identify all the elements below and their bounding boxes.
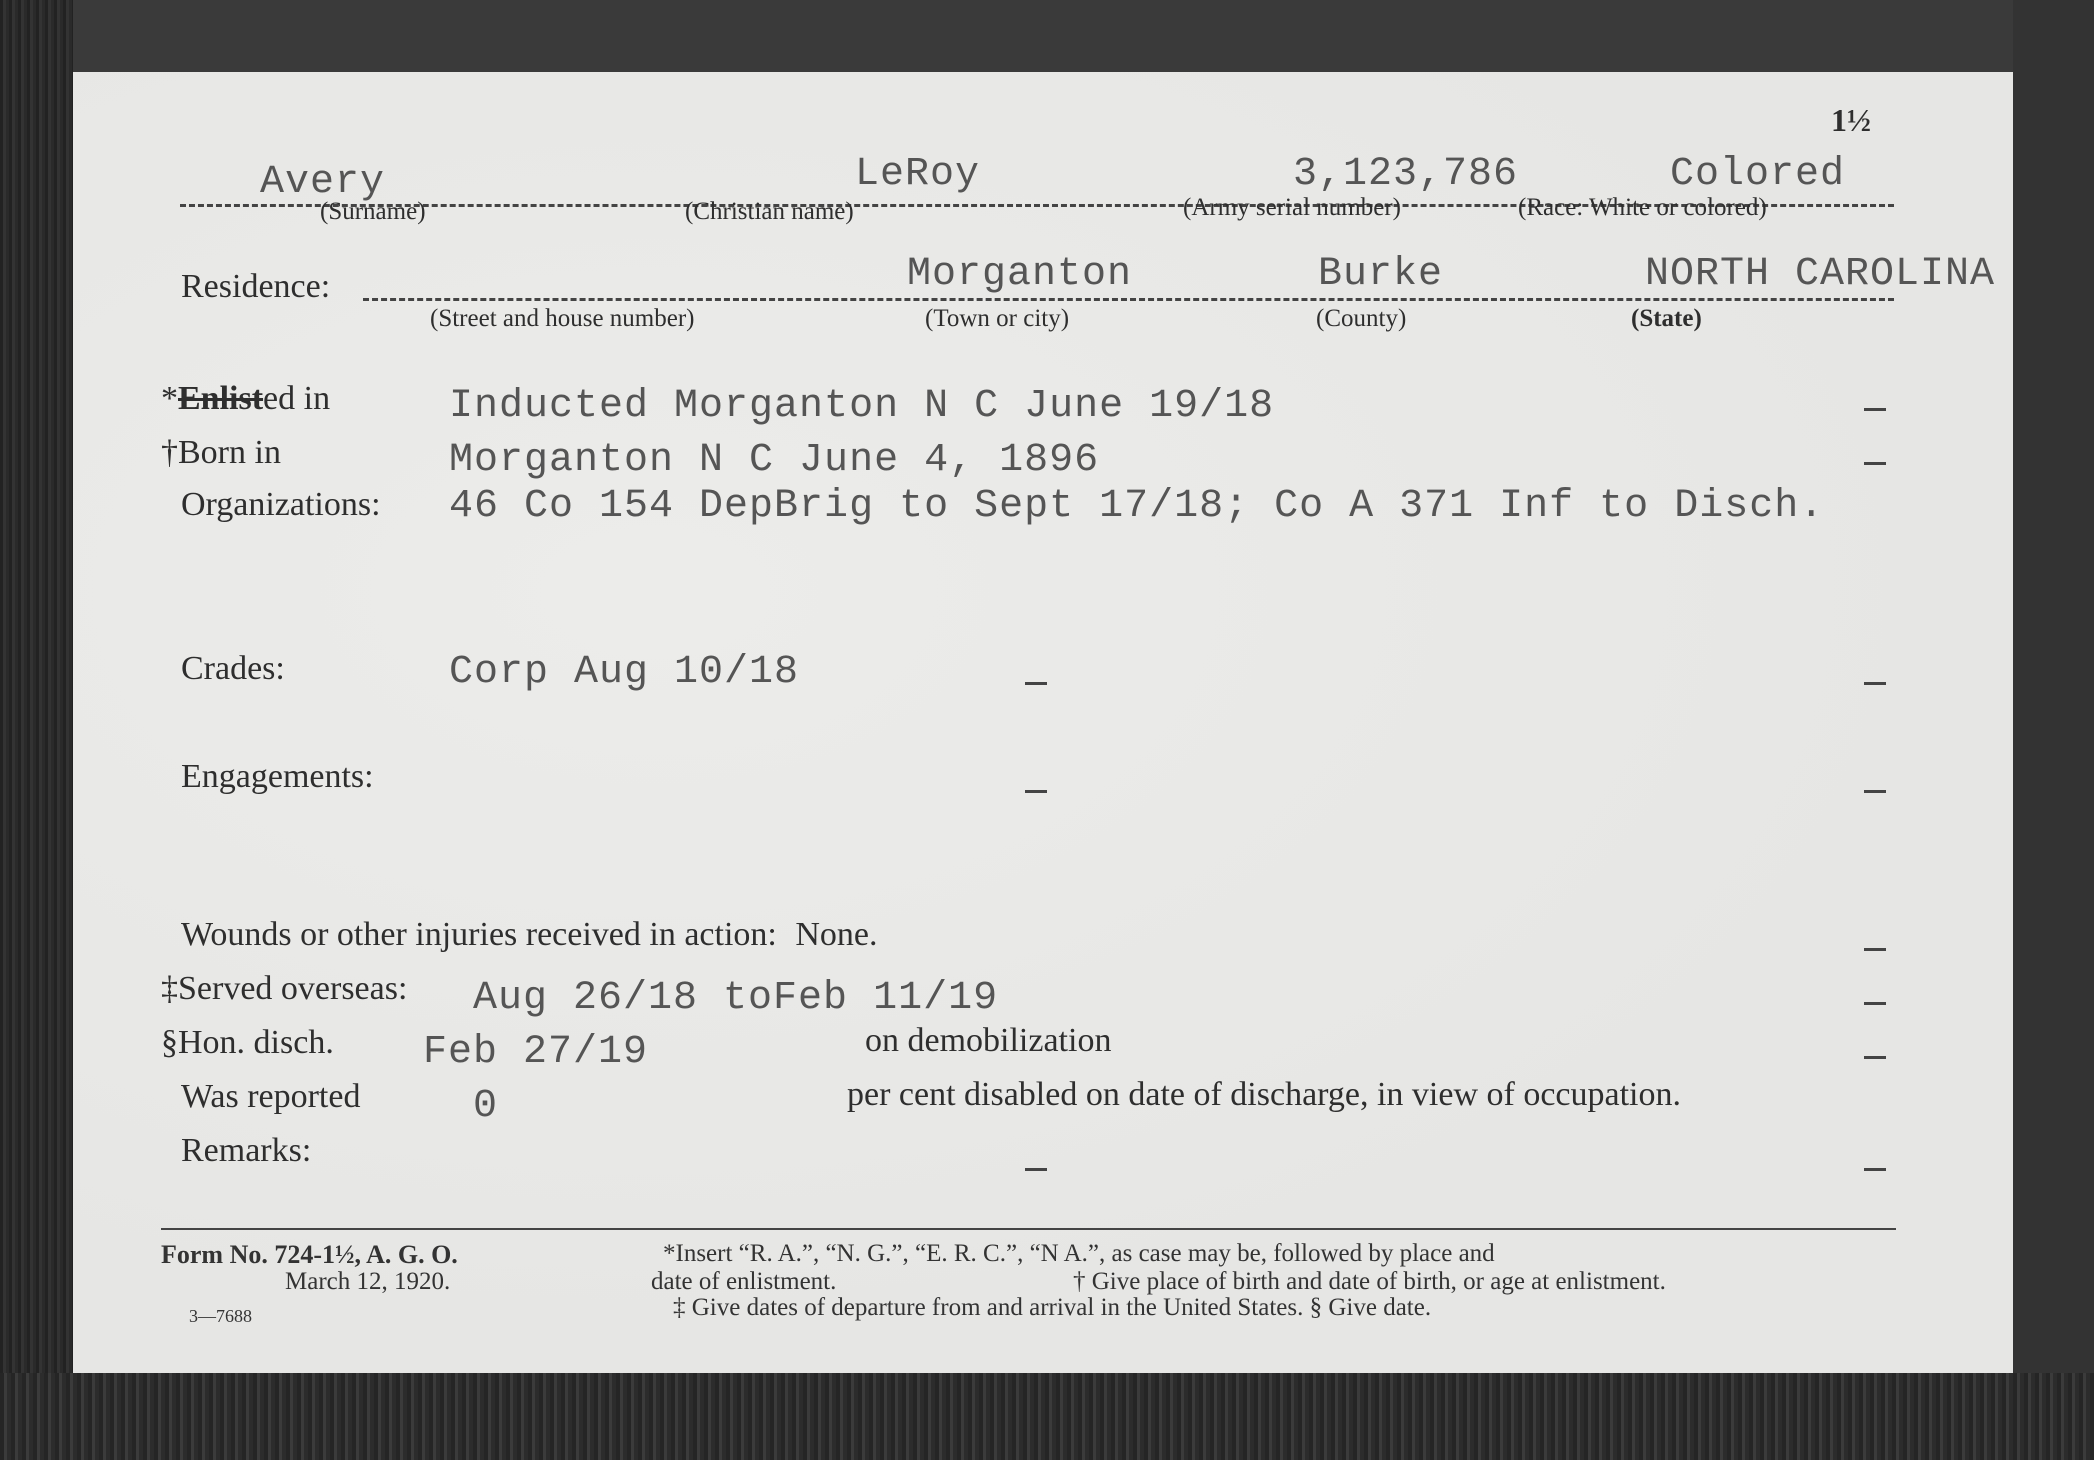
residence-dashed-line bbox=[363, 298, 1894, 301]
born-value: Morganton N C June 4, 1896 bbox=[449, 438, 1099, 483]
background-bottom bbox=[0, 1373, 2094, 1460]
hon-disch-prefix: § bbox=[161, 1024, 178, 1061]
dash-mark bbox=[1864, 1056, 1886, 1059]
grades-label: Crades: bbox=[181, 650, 285, 688]
wounds-label-text: Wounds or other injuries received in act… bbox=[181, 916, 777, 953]
born-label: †Born in bbox=[161, 434, 281, 472]
served-overseas-label-text: Served overseas: bbox=[178, 970, 407, 1007]
remarks-label: Remarks: bbox=[181, 1132, 311, 1170]
race-label: (Race: White or colored) bbox=[1518, 194, 1767, 222]
footnote-overseas: ‡ Give dates of departure from and arriv… bbox=[673, 1294, 1431, 1322]
enlisted-label: *Enlisted in bbox=[161, 380, 330, 418]
footer-rule bbox=[161, 1228, 1896, 1230]
enlisted-value: Inducted Morganton N C June 19/18 bbox=[449, 384, 1274, 429]
surname-label: (Surname) bbox=[320, 198, 426, 226]
serial-number-value: 3,123,786 bbox=[1293, 152, 1518, 197]
organizations-value: 46 Co 154 DepBrig to Sept 17/18; Co A 37… bbox=[449, 484, 1824, 529]
service-record-card: 1½ Avery (Surname) LeRoy (Christian name… bbox=[73, 72, 2013, 1373]
organizations-label: Organizations: bbox=[181, 486, 381, 524]
hon-disch-suffix: on demobilization bbox=[865, 1022, 1111, 1060]
enlisted-rest: ed in bbox=[263, 380, 330, 417]
hon-disch-label: §Hon. disch. bbox=[161, 1024, 334, 1062]
footnote-birth: † Give place of birth and date of birth,… bbox=[1073, 1268, 1666, 1296]
page-marker: 1½ bbox=[1831, 102, 1871, 139]
engagements-label: Engagements: bbox=[181, 758, 374, 796]
was-reported-label: Was reported bbox=[181, 1078, 360, 1116]
dash-mark bbox=[1864, 408, 1886, 411]
serial-number-label: (Army serial number) bbox=[1183, 194, 1401, 222]
grades-value: Corp Aug 10/18 bbox=[449, 650, 799, 695]
state-label: (State) bbox=[1631, 305, 1702, 333]
enlisted-struck-text: Enlist bbox=[178, 380, 263, 417]
town-value: Morganton bbox=[907, 252, 1132, 297]
county-value: Burke bbox=[1318, 252, 1443, 297]
dash-mark bbox=[1864, 1002, 1886, 1005]
served-overseas-prefix: ‡ bbox=[161, 970, 178, 1007]
christian-name-label: (Christian name) bbox=[685, 198, 854, 226]
county-label: (County) bbox=[1316, 305, 1406, 333]
background-right bbox=[2013, 0, 2094, 1460]
born-label-text: Born in bbox=[178, 434, 281, 471]
christian-name-value: LeRoy bbox=[855, 152, 980, 197]
dash-mark bbox=[1025, 790, 1047, 793]
hon-disch-label-text: Hon. disch. bbox=[178, 1024, 334, 1061]
background-top bbox=[73, 0, 2013, 72]
dash-mark bbox=[1864, 462, 1886, 465]
dash-mark bbox=[1864, 682, 1886, 685]
background-left bbox=[0, 0, 73, 1460]
street-label: (Street and house number) bbox=[430, 305, 695, 333]
wounds-value: None. bbox=[795, 916, 877, 953]
form-number: Form No. 724-1½, A. G. O. bbox=[161, 1240, 458, 1270]
dash-mark bbox=[1025, 682, 1047, 685]
hon-disch-value: Feb 27/19 bbox=[423, 1030, 648, 1075]
born-prefix: † bbox=[161, 434, 178, 471]
dash-mark bbox=[1864, 948, 1886, 951]
footnote-enlistment: *Insert “R. A.”, “N. G.”, “E. R. C.”, “N… bbox=[663, 1240, 1495, 1268]
was-reported-suffix: per cent disabled on date of discharge, … bbox=[847, 1076, 1681, 1114]
residence-label: Residence: bbox=[181, 268, 330, 306]
form-date: March 12, 1920. bbox=[285, 1268, 450, 1296]
footnote-enlistment-cont: date of enlistment. bbox=[651, 1268, 836, 1296]
race-value: Colored bbox=[1670, 152, 1845, 197]
dash-mark bbox=[1864, 790, 1886, 793]
dash-mark bbox=[1864, 1168, 1886, 1171]
town-label: (Town or city) bbox=[925, 305, 1069, 333]
was-reported-value: 0 bbox=[473, 1084, 498, 1129]
print-code: 3—7688 bbox=[189, 1306, 252, 1327]
dash-mark bbox=[1025, 1168, 1047, 1171]
served-overseas-value: Aug 26/18 toFeb 11/19 bbox=[473, 976, 998, 1021]
wounds-label: Wounds or other injuries received in act… bbox=[181, 916, 878, 954]
served-overseas-label: ‡Served overseas: bbox=[161, 970, 407, 1008]
enlisted-prefix: * bbox=[161, 380, 178, 417]
state-value: NORTH CAROLINA bbox=[1645, 252, 1995, 297]
